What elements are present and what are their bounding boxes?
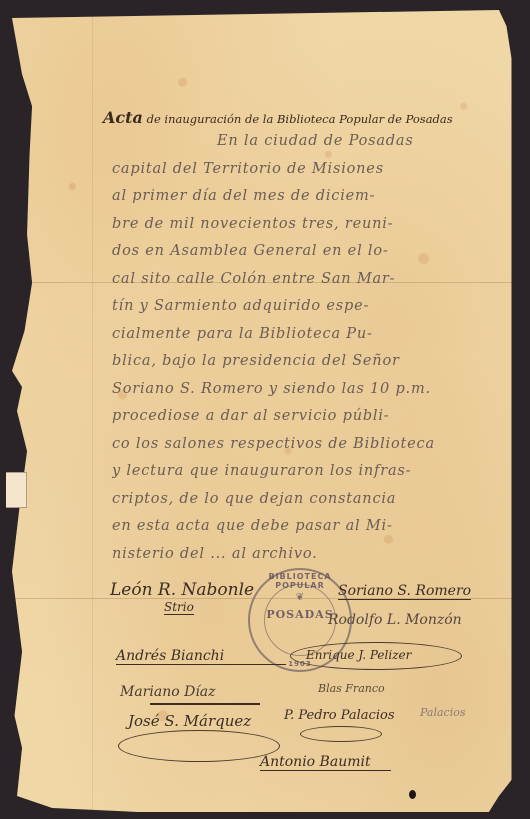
title-rest: de inauguración de la Biblioteca Popular… [147, 112, 453, 126]
body-line: bre de mil novecientos tres, reuni- [112, 211, 512, 239]
signature-mariano: Mariano Díaz [120, 684, 216, 700]
document-title: Acta de inauguración de la Biblioteca Po… [103, 108, 453, 127]
body-line: cialmente para la Biblioteca Pu- [112, 321, 512, 349]
signature-palacios-faint: Palacios [420, 706, 466, 719]
body-line: En la ciudad de Posadas [112, 128, 512, 156]
signature-leon: León R. Nabonle [110, 580, 254, 600]
body-line: Soriano S. Romero y siendo las 10 p.m. [112, 376, 512, 404]
body-line: capital del Territorio de Misiones [112, 156, 512, 184]
body-line: procediose a dar al servicio públi- [112, 403, 512, 431]
body-line: nisterio del ... al archivo. [112, 541, 512, 569]
signature-rodolfo: Rodolfo L. Monzón [328, 612, 462, 628]
body-line: blica, bajo la presidencia del Señor [112, 348, 512, 376]
signature-underline [150, 703, 260, 705]
seal-ornament-icon: ❦ [250, 592, 350, 603]
signature-soriano: Soriano S. Romero [338, 583, 471, 600]
body-line: criptos, de lo que dejan constancia [112, 486, 512, 514]
fold-line [92, 10, 93, 812]
body-line: cal sito calle Colón entre San Mar- [112, 266, 512, 294]
body-line: en esta acta que debe pasar al Mi- [112, 513, 512, 541]
signature-role-secretary: Strio [164, 600, 194, 615]
body-line: al primer día del mes de diciem- [112, 183, 512, 211]
signature-pedro: P. Pedro Palacios [284, 708, 395, 723]
ink-dot [409, 790, 416, 799]
title-first-word: Acta [103, 108, 143, 127]
body-line: co los salones respectivos de Biblioteca [112, 431, 512, 459]
signature-andres: Andrés Bianchi [116, 648, 286, 665]
seal-ring-text: BIBLIOTECA POPULAR [250, 572, 350, 590]
signature-flourish [300, 726, 382, 742]
body-line: y lectura que inauguraron los infras- [112, 458, 512, 486]
signature-antonio: Antonio Baumit [260, 754, 391, 771]
body-line: dos en Asamblea General en el lo- [112, 238, 512, 266]
signature-blas: Blas Franco [318, 682, 385, 695]
signature-jose: José S. Márquez [128, 712, 251, 730]
signature-flourish [118, 730, 280, 762]
document-body: En la ciudad de Posadas capital del Terr… [112, 128, 512, 568]
torn-paper-fragment [6, 472, 27, 508]
body-line: tín y Sarmiento adquirido espe- [112, 293, 512, 321]
signature-flourish [290, 642, 462, 670]
